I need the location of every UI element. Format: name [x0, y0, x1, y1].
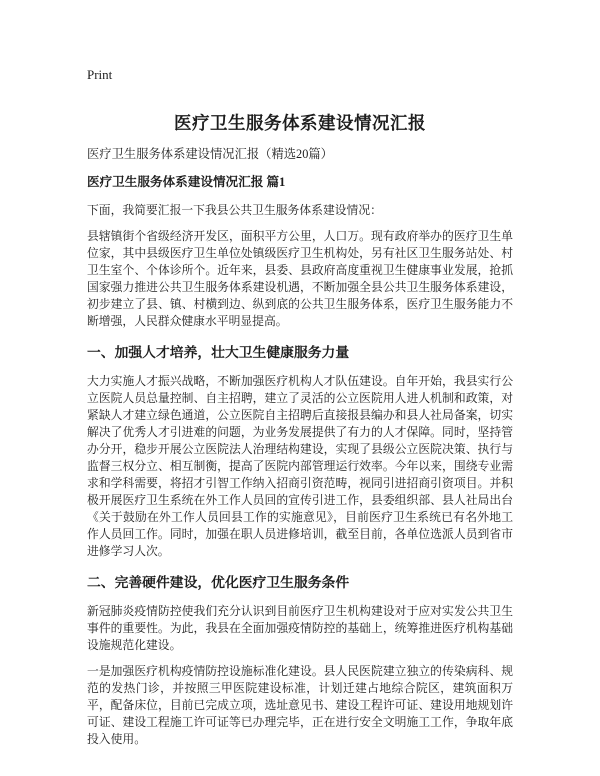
overview-paragraph: 县辖镇街个省级经济开发区，面积平方公里，人口万。现有政府举办的医疗卫生单位家，其…	[87, 228, 513, 330]
section-1-body-paragraph: 大力实施人才振兴战略，不断加强医疗机构人才队伍建设。自年开始，我县实行公立医院人…	[87, 373, 513, 560]
section-2-body-paragraph-1: 新冠肺炎疫情防控使我们充分认识到目前医疗卫生机构建设对于应对实发公共卫生事件的重…	[87, 603, 513, 654]
intro-paragraph: 下面，我简要汇报一下我县公共卫生服务体系建设情况：	[87, 202, 513, 219]
document-title: 医疗卫生服务体系建设情况汇报	[87, 112, 513, 134]
section-2-heading: 二、完善硬件建设，优化医疗卫生服务条件	[87, 574, 513, 592]
document-page: Print 医疗卫生服务体系建设情况汇报 医疗卫生服务体系建设情况汇报（精选20…	[0, 0, 600, 776]
print-button[interactable]: Print	[87, 67, 112, 82]
document-subtitle: 医疗卫生服务体系建设情况汇报（精选20篇）	[87, 147, 513, 162]
article-part-heading: 医疗卫生服务体系建设情况汇报 篇1	[87, 174, 513, 190]
section-2-body-paragraph-2: 一是加强医疗机构疫情防控设施标准化建设。县人民医院建立独立的传染病科、规范的发热…	[87, 663, 513, 748]
section-1-heading: 一、加强人才培养，壮大卫生健康服务力量	[87, 344, 513, 362]
